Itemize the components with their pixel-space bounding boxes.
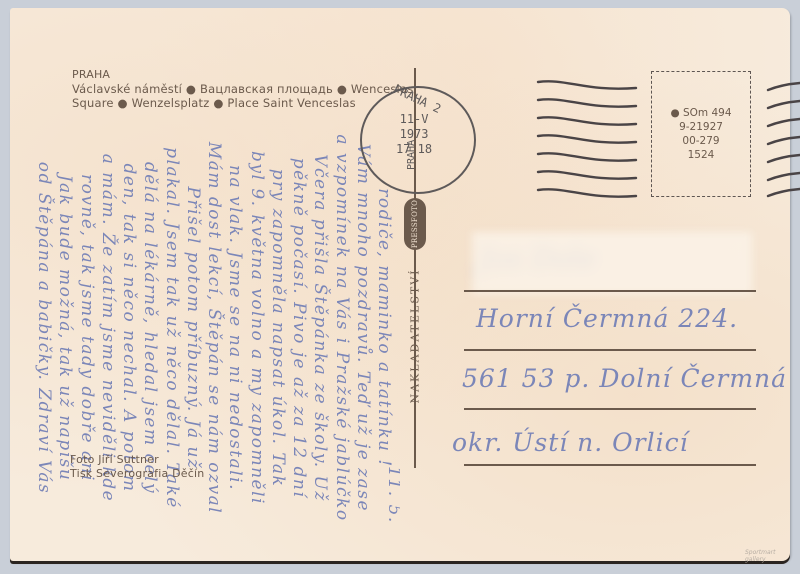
- photo-credit: Foto Jiří Suttner: [70, 453, 204, 467]
- message-text: od Štěpána a babičky. Zdraví Vás: [34, 162, 54, 494]
- publisher-name: NAKLADATELSTVÍ: [409, 268, 422, 403]
- address-line-rule: [464, 464, 756, 466]
- postmark-icon: PRAHA 2 11-V 1973 17 18 PRAHA: [360, 86, 476, 194]
- stamp-line: 1524: [652, 148, 750, 162]
- caption-line-1: Václavské náměstí ● Вацлавская площадь ●…: [72, 82, 413, 96]
- redacted-name: [472, 232, 752, 294]
- message-text: Vám mnoho pozdravů. Teď už je zase: [353, 144, 373, 512]
- publisher-label: NAKLADATELSTVÍ: [406, 256, 424, 416]
- message-text: pry zapomněla napsat úkol. Tak: [268, 169, 288, 488]
- message-date-text: 11. 5.: [384, 466, 400, 524]
- message-text: a mám. Že zatím jsme neviděli kde: [98, 154, 118, 502]
- stamp-box: ● SOm 494 9-21927 00-279 1524: [651, 71, 751, 197]
- caption: PRAHA Václavské náměstí ● Вацлавская пло…: [72, 68, 413, 110]
- pressfoto-logo-icon: PRESSFOTO: [404, 198, 426, 250]
- message-text: dělá na lékárně, hledal jsem celý: [140, 162, 160, 494]
- message-text: Mám dost lekcí, Štěpán se nám ozval: [204, 142, 224, 514]
- stamp-line: ● SOm 494: [652, 106, 750, 120]
- address-line-3: okr. Ústí n. Orlicí: [452, 428, 689, 457]
- message-column: od Štěpána a babičky. Zdraví Vás: [30, 108, 58, 548]
- postcard: PRAHA Václavské náměstí ● Вацлавская пло…: [10, 8, 790, 561]
- postmark-city: PRAHA 2: [391, 82, 443, 116]
- cancellation-waves-right-icon: [766, 78, 800, 198]
- message-text: pěkně počasí. Pivo je až za 12 dní: [289, 158, 309, 499]
- stamp-line: 9-21927: [652, 120, 750, 134]
- message-text: na vlak. Jsme se na ni nedostali.: [225, 165, 245, 491]
- message-text: Včera přišla Štěpánka ze školy. Už: [310, 154, 330, 502]
- postmark-bottom: PRAHA: [406, 140, 417, 170]
- stamp-line: 00-279: [652, 134, 750, 148]
- message-text: Přišel potom příbuzný. Já už: [183, 187, 203, 470]
- message-text: a vzpomínek na Vás i Pražské jablúčko: [332, 134, 352, 521]
- caption-city: PRAHA: [72, 68, 413, 82]
- message-text: rovně, tak jsme tady dobře ani: [77, 174, 97, 482]
- message-text: den, tak si něco nechal. A potom: [119, 164, 139, 493]
- handwritten-message: rodiče, maminko a tatínku !Vám mnoho poz…: [30, 108, 400, 548]
- postmark-day-month: 11-V: [396, 112, 432, 127]
- cancellation-waves-icon: [536, 78, 640, 198]
- address-line-2: 561 53 p. Dolní Čermná: [462, 364, 787, 393]
- pressfoto-label: PRESSFOTO: [411, 200, 419, 248]
- address-line-rule: [464, 408, 756, 410]
- address-line-rule: [464, 349, 756, 351]
- watermark: Sportmart gallery: [745, 549, 790, 563]
- address-line-rule: [464, 290, 756, 292]
- credits: Foto Jiří Suttner Tisk Severografia Děčí…: [70, 453, 204, 481]
- message-text: Jak bude možná, tak už napíšu: [55, 175, 75, 482]
- message-text: byl 9. května volno a my zapomněli: [247, 151, 267, 505]
- print-credit: Tisk Severografia Děčín: [70, 467, 204, 481]
- address-line-1: Horní Čermná 224.: [476, 304, 738, 333]
- stamp-text: ● SOm 494 9-21927 00-279 1524: [652, 106, 750, 162]
